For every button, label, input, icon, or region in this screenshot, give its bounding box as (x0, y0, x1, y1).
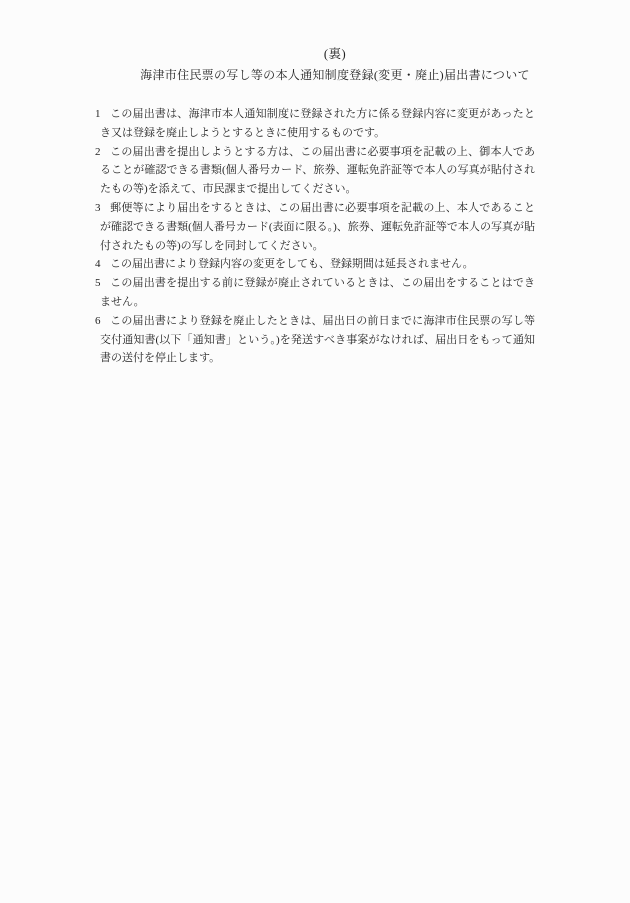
item-number: 3 (95, 199, 110, 218)
page-side-label: (裏) (40, 44, 630, 65)
notice-item-2: 2この届出書を提出しようとする方は、この届出書に必要事項を記載の上、御本人である… (95, 143, 535, 199)
item-number: 4 (95, 255, 110, 274)
notice-item-3: 3郵便等により届出をするときは、この届出書に必要事項を記載の上、本人であることが… (95, 199, 535, 255)
notice-item-4: 4この届出書により登録内容の変更をしても、登録期間は延長されません。 (95, 255, 535, 274)
item-number: 1 (95, 105, 110, 124)
document-page: (裏) 海津市住民票の写し等の本人通知制度登録(変更・廃止)届出書について 1こ… (0, 0, 630, 903)
notice-items: 1この届出書は、海津市本人通知制度に登録された方に係る登録内容に変更があったとき… (95, 105, 535, 368)
item-text: この届出書により登録を廃止したときは、届出日の前日までに海津市住民票の写し等交付… (100, 315, 535, 365)
notice-item-1: 1この届出書は、海津市本人通知制度に登録された方に係る登録内容に変更があったとき… (95, 105, 535, 143)
notice-item-5: 5この届出書を提出する前に登録が廃止されているときは、この届出をすることはできま… (95, 274, 535, 312)
document-title: 海津市住民票の写し等の本人通知制度登録(変更・廃止)届出書について (40, 65, 630, 86)
item-number: 2 (95, 143, 110, 162)
item-text: 郵便等により届出をするときは、この届出書に必要事項を記載の上、本人であることが確… (100, 202, 535, 252)
item-text: この届出書により登録内容の変更をしても、登録期間は延長されません。 (110, 258, 474, 270)
notice-item-6: 6この届出書により登録を廃止したときは、届出日の前日までに海津市住民票の写し等交… (95, 312, 535, 368)
item-number: 6 (95, 312, 110, 331)
item-number: 5 (95, 274, 110, 293)
document-header: (裏) 海津市住民票の写し等の本人通知制度登録(変更・廃止)届出書について (0, 0, 630, 86)
item-text: この届出書は、海津市本人通知制度に登録された方に係る登録内容に変更があったとき又… (100, 108, 535, 139)
item-text: この届出書を提出しようとする方は、この届出書に必要事項を記載の上、御本人であるこ… (100, 146, 535, 196)
item-text: この届出書を提出する前に登録が廃止されているときは、この届出をすることはできませ… (100, 277, 535, 308)
